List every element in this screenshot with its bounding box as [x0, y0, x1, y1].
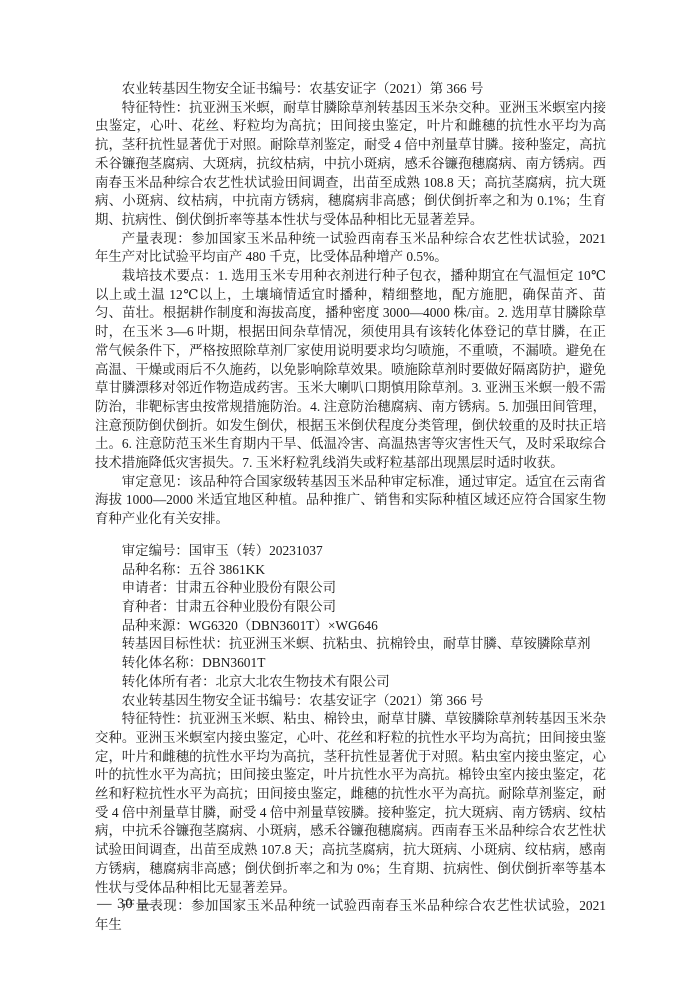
- variety-entry-next: 审定编号：国审玉（转）20231037 品种名称：五谷 3861KK 申请者：甘…: [95, 542, 606, 935]
- document-page: 农业转基因生物安全证书编号：农基安证字（2021）第 366 号 特征特性：抗亚…: [0, 0, 700, 990]
- yield-performance-paragraph-2: 产量表现：参加国家玉米品种统一试验西南春玉米品种综合农艺性状试验，2021 年生: [95, 897, 606, 934]
- applicant-line: 申请者：甘肃五谷种业股份有限公司: [95, 579, 606, 598]
- transformation-event-owner-line: 转化体所有者：北京大北农生物技术有限公司: [95, 673, 606, 692]
- breeder-line: 育种者：甘肃五谷种业股份有限公司: [95, 598, 606, 617]
- cultivation-techniques-paragraph: 栽培技术要点：1. 选用玉米专用种衣剂进行种子包衣，播种期宜在气温恒定 10℃以…: [95, 267, 606, 473]
- approval-opinion-paragraph: 审定意见：该品种符合国家级转基因玉米品种审定标准，通过审定。适宜在云南省海拔 1…: [95, 473, 606, 529]
- document-body: 农业转基因生物安全证书编号：农基安证字（2021）第 366 号 特征特性：抗亚…: [95, 80, 606, 935]
- transformation-event-name-line: 转化体名称：DBN3601T: [95, 654, 606, 673]
- gmo-safety-certificate-number-line: 农业转基因生物安全证书编号：农基安证字（2021）第 366 号: [95, 80, 606, 99]
- variety-entry-previous-tail: 农业转基因生物安全证书编号：农基安证字（2021）第 366 号 特征特性：抗亚…: [95, 80, 606, 529]
- gmo-safety-certificate-number-line-2: 农业转基因生物安全证书编号：农基安证字（2021）第 366 号: [95, 692, 606, 711]
- characteristics-paragraph: 特征特性：抗亚洲玉米螟，耐草甘膦除草剂转基因玉米杂交种。亚洲玉米螟室内接虫鉴定，…: [95, 99, 606, 230]
- characteristics-paragraph-2: 特征特性：抗亚洲玉米螟、粘虫、棉铃虫，耐草甘膦、草铵膦除草剂转基因玉米杂交种。亚…: [95, 710, 606, 897]
- gm-target-traits-line: 转基因目标性状：抗亚洲玉米螟、抗粘虫、抗棉铃虫，耐草甘膦、草铵膦除草剂: [95, 635, 606, 654]
- yield-performance-paragraph: 产量表现：参加国家玉米品种统一试验西南春玉米品种综合农艺性状试验，2021 年生…: [95, 230, 606, 267]
- approval-number-line: 审定编号：国审玉（转）20231037: [95, 542, 606, 561]
- page-number: — 30 —: [97, 896, 154, 913]
- variety-name-line: 品种名称：五谷 3861KK: [95, 561, 606, 580]
- variety-origin-line: 品种来源：WG6320（DBN3601T）×WG646: [95, 617, 606, 636]
